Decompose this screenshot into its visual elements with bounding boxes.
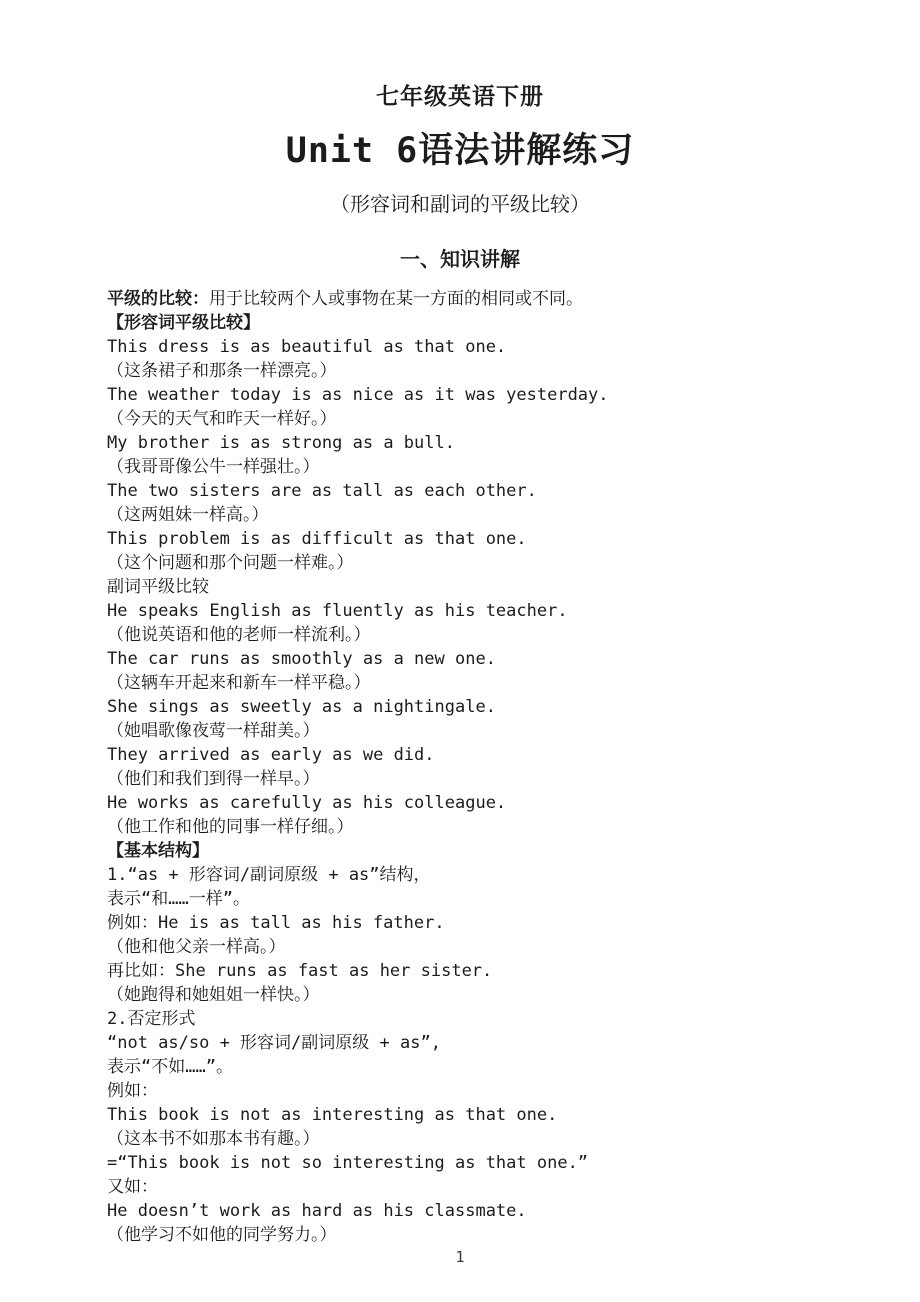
text-line: 【形容词平级比较】 [107,311,840,335]
text-line: （这辆车开起来和新车一样平稳。） [107,671,840,695]
page-number: 1 [0,1248,920,1266]
text-line: The two sisters are as tall as each othe… [107,479,840,503]
text-line: （他们和我们到得一样早。） [107,767,840,791]
text-line: 2.否定形式 [107,1007,840,1031]
text-line: 平级的比较：用于比较两个人或事物在某一方面的相同或不同。 [107,287,840,311]
text-line-bold-prefix: 平级的比较： [107,289,209,309]
text-line: He doesn’t work as hard as his classmate… [107,1199,840,1223]
text-line: （这两姐妹一样高。） [107,503,840,527]
text-line: The weather today is as nice as it was y… [107,383,840,407]
text-line: 又如： [107,1175,840,1199]
text-line: 例如： [107,1079,840,1103]
text-line: This dress is as beautiful as that one. [107,335,840,359]
text-line: This book is not as interesting as that … [107,1103,840,1127]
text-line: This problem is as difficult as that one… [107,527,840,551]
text-line: （这个问题和那个问题一样难。） [107,551,840,575]
text-line: 例如：He is as tall as his father. [107,911,840,935]
document-page: 七年级英语下册 Unit 6语法讲解练习 （形容词和副词的平级比较） 一、知识讲… [0,0,920,1302]
text-line: 再比如：She runs as fast as her sister. [107,959,840,983]
text-line: “not as/so + 形容词/副词原级 + as”, [107,1031,840,1055]
text-line: 副词平级比较 [107,575,840,599]
text-line: He works as carefully as his colleague. [107,791,840,815]
text-line: （这本书不如那本书有趣。） [107,1127,840,1151]
text-line: （今天的天气和昨天一样好。） [107,407,840,431]
text-line: =“This book is not so interesting as tha… [107,1151,840,1175]
text-line: She sings as sweetly as a nightingale. [107,695,840,719]
section-heading: 一、知识讲解 [0,243,920,272]
text-line: （她跑得和她姐姐一样快。） [107,983,840,1007]
text-line: （他说英语和他的老师一样流利。） [107,623,840,647]
text-line: He speaks English as fluently as his tea… [107,599,840,623]
text-line: 表示“和……一样”。 [107,887,840,911]
text-line: （这条裙子和那条一样漂亮。） [107,359,840,383]
doc-title-line2: Unit 6语法讲解练习 [0,123,920,173]
document-header: 七年级英语下册 Unit 6语法讲解练习 （形容词和副词的平级比较） 一、知识讲… [0,0,920,272]
text-line: My brother is as strong as a bull. [107,431,840,455]
doc-subtitle: （形容词和副词的平级比较） [0,188,920,217]
text-line: （他和他父亲一样高。） [107,935,840,959]
document-body: 平级的比较：用于比较两个人或事物在某一方面的相同或不同。【形容词平级比较】Thi… [107,287,840,1247]
text-line: 1.“as + 形容词/副词原级 + as”结构， [107,863,840,887]
text-line: The car runs as smoothly as a new one. [107,647,840,671]
text-line: 【基本结构】 [107,839,840,863]
text-line: （我哥哥像公牛一样强壮。） [107,455,840,479]
text-line: They arrived as early as we did. [107,743,840,767]
text-line: （他学习不如他的同学努力。） [107,1223,840,1247]
text-line: 表示“不如……”。 [107,1055,840,1079]
text-line: （她唱歌像夜莺一样甜美。） [107,719,840,743]
doc-title-line1: 七年级英语下册 [0,78,920,111]
text-line-rest: 用于比较两个人或事物在某一方面的相同或不同。 [209,289,583,309]
text-line: （他工作和他的同事一样仔细。） [107,815,840,839]
